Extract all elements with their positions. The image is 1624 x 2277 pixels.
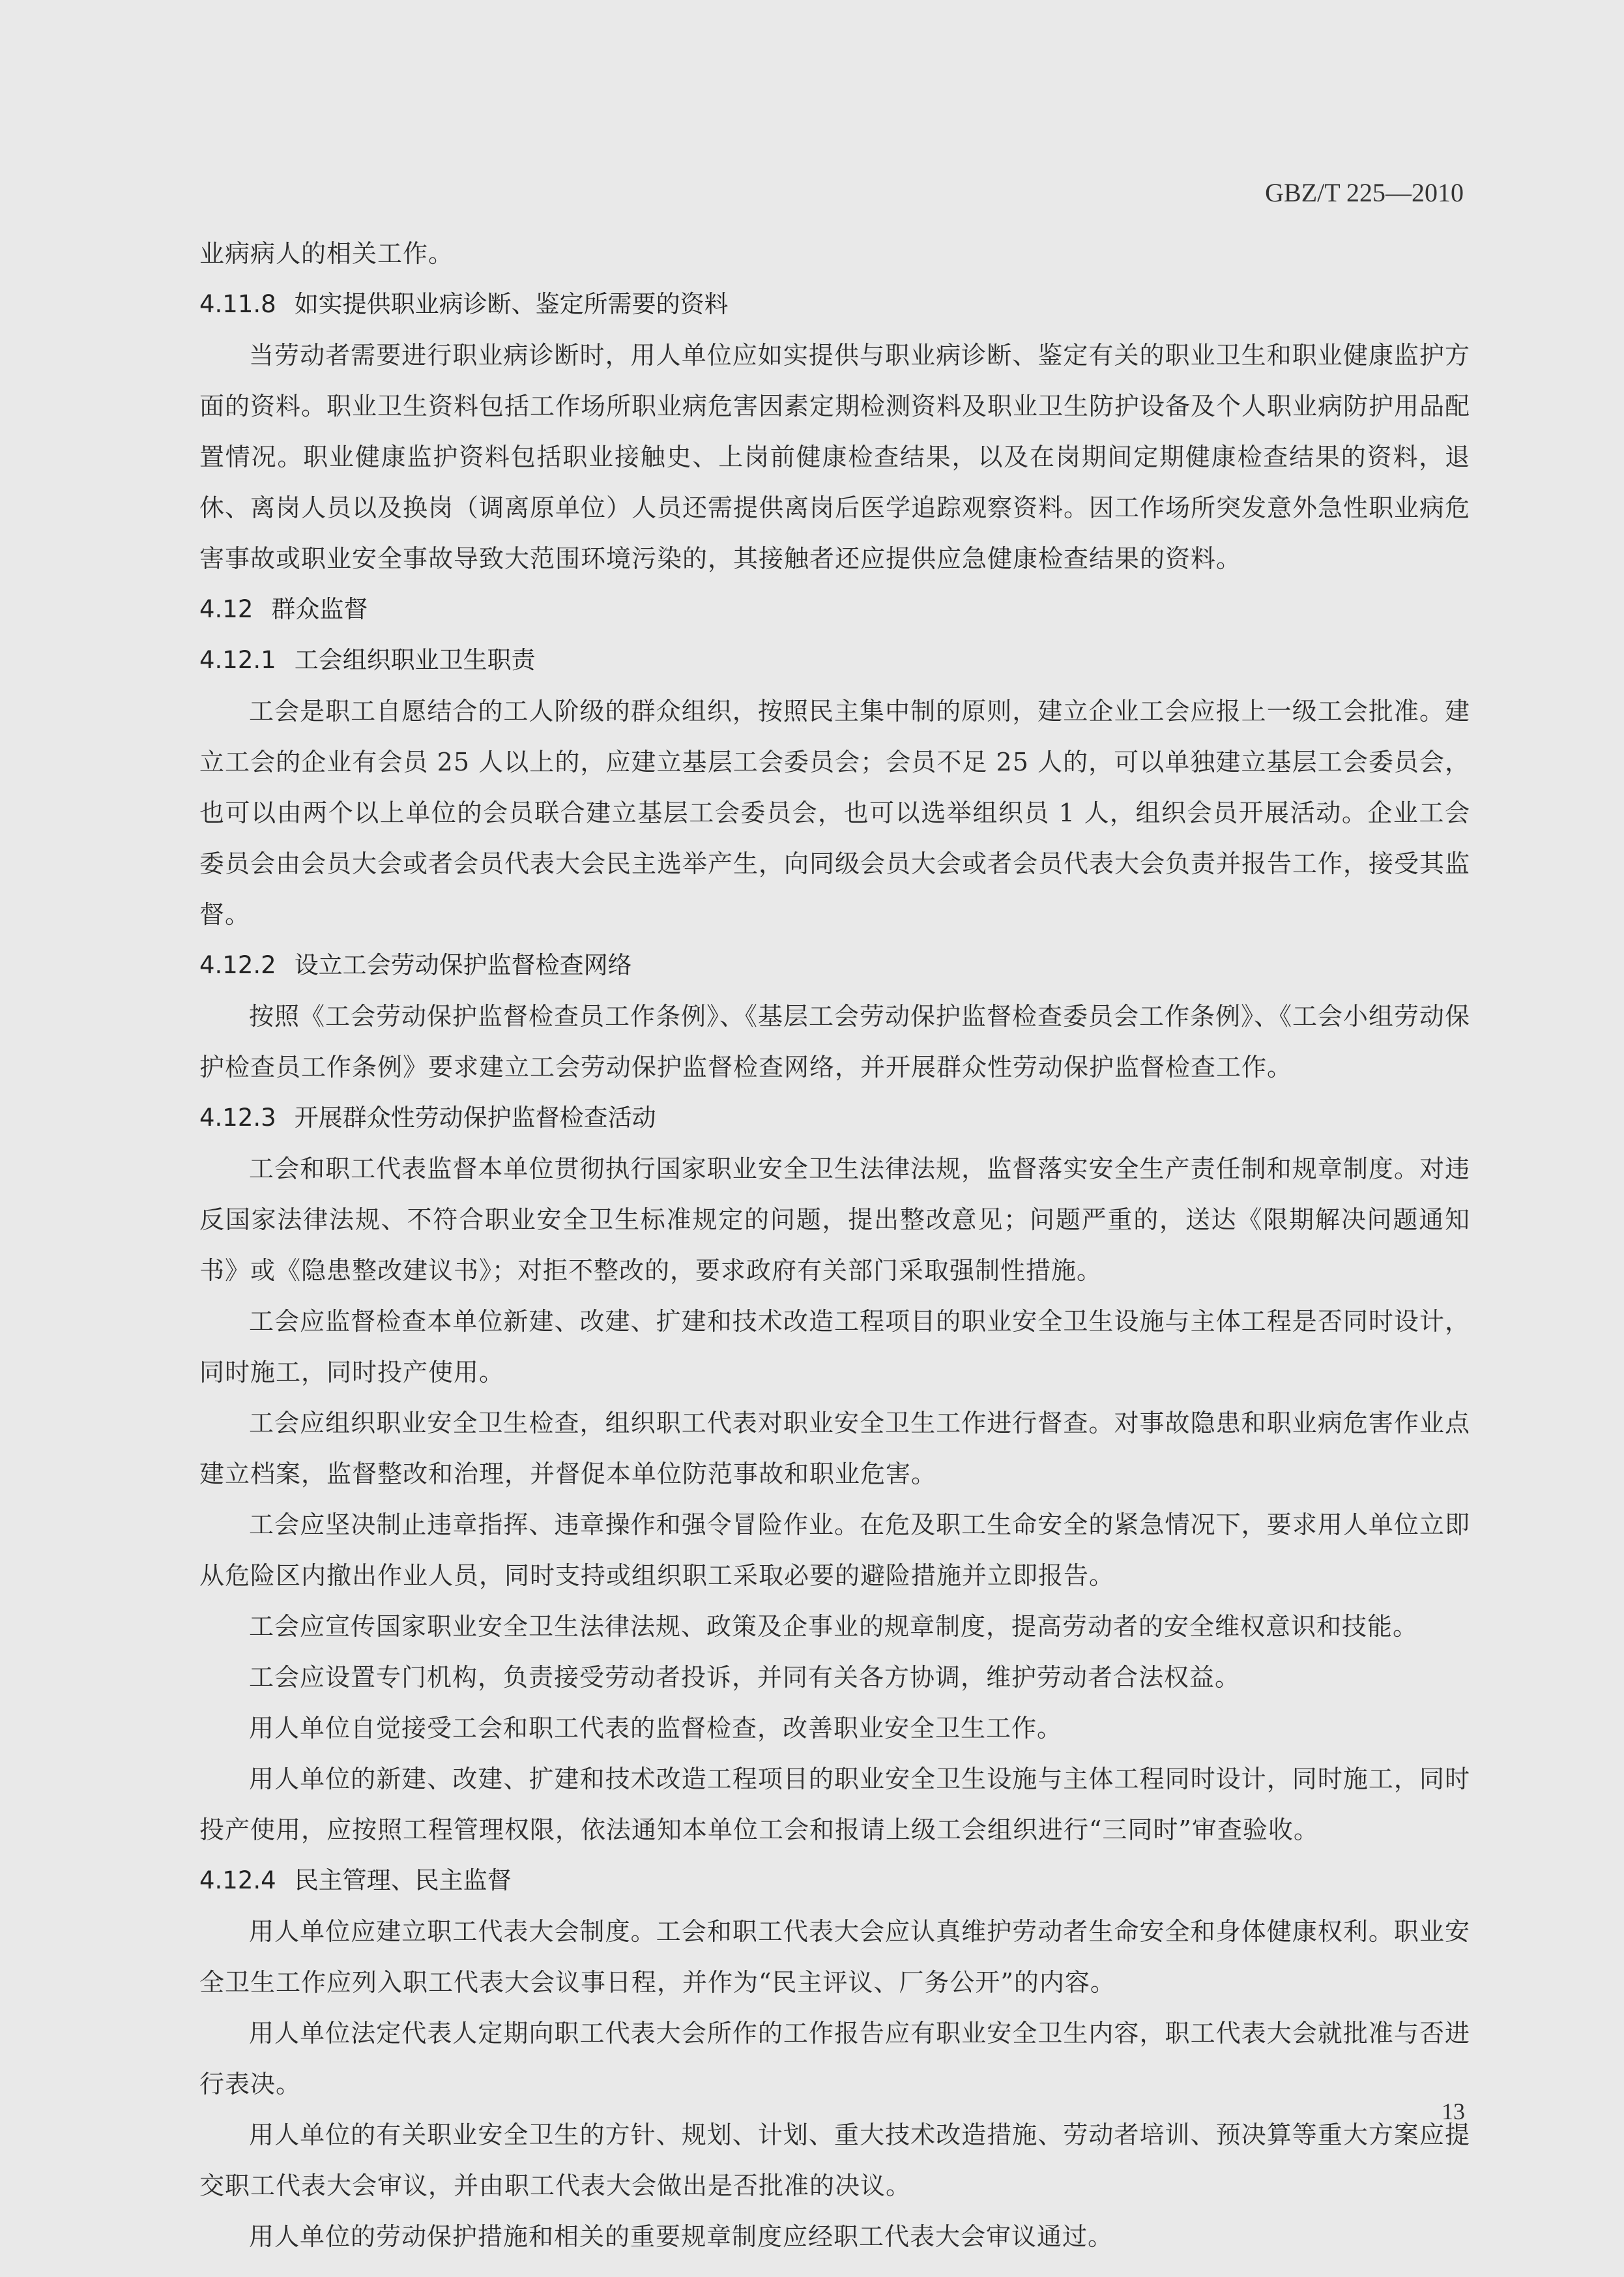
section-heading-4-12-4: 4.12.4民主管理、民主监督	[199, 1855, 1470, 1906]
document-body: 业病病人的相关工作。 4.11.8如实提供职业病诊断、鉴定所需要的资料 当劳动者…	[199, 228, 1470, 2262]
section-heading-4-11-8: 4.11.8如实提供职业病诊断、鉴定所需要的资料	[199, 279, 1470, 330]
section-number: 4.12.3	[199, 1093, 276, 1143]
section-heading-4-12-1: 4.12.1工会组织职业卫生职责	[199, 635, 1470, 686]
section-number: 4.12	[199, 584, 253, 635]
section-heading-4-12-3: 4.12.3开展群众性劳动保护监督检查活动	[199, 1093, 1470, 1143]
section-title: 开展群众性劳动保护监督检查活动	[295, 1104, 656, 1132]
section-title: 设立工会劳动保护监督检查网络	[295, 951, 632, 979]
paragraph: 工会是职工自愿结合的工人阶级的群众组织，按照民主集中制的原则，建立企业工会应报上…	[199, 686, 1470, 940]
standard-code: GBZ/T 225—2010	[1265, 177, 1464, 208]
paragraph: 用人单位的劳动保护措施和相关的重要规章制度应经职工代表大会审议通过。	[199, 2211, 1470, 2262]
paragraph: 工会应宣传国家职业安全卫生法律法规、政策及企事业的规章制度，提高劳动者的安全维权…	[199, 1601, 1470, 1652]
section-title: 群众监督	[271, 595, 368, 623]
paragraph: 用人单位法定代表人定期向职工代表大会所作的工作报告应有职业安全卫生内容，职工代表…	[199, 2008, 1470, 2109]
section-title: 如实提供职业病诊断、鉴定所需要的资料	[295, 290, 729, 318]
section-number: 4.12.1	[199, 635, 276, 686]
paragraph: 按照《工会劳动保护监督检查员工作条例》、《基层工会劳动保护监督检查委员会工作条例…	[199, 991, 1470, 1093]
paragraph: 工会应设置专门机构，负责接受劳动者投诉，并同有关各方协调，维护劳动者合法权益。	[199, 1652, 1470, 1703]
paragraph: 用人单位自觉接受工会和职工代表的监督检查，改善职业安全卫生工作。	[199, 1703, 1470, 1754]
section-number: 4.12.2	[199, 940, 276, 991]
paragraph: 工会应坚决制止违章指挥、违章操作和强令冒险作业。在危及职工生命安全的紧急情况下，…	[199, 1499, 1470, 1601]
section-heading-4-12: 4.12群众监督	[199, 584, 1470, 635]
paragraph: 用人单位的新建、改建、扩建和技术改造工程项目的职业安全卫生设施与主体工程同时设计…	[199, 1754, 1470, 1855]
paragraph: 工会应监督检查本单位新建、改建、扩建和技术改造工程项目的职业安全卫生设施与主体工…	[199, 1296, 1470, 1398]
page-number: 13	[1442, 2098, 1465, 2125]
paragraph: 工会应组织职业安全卫生检查，组织职工代表对职业安全卫生工作进行督查。对事故隐患和…	[199, 1398, 1470, 1499]
section-heading-4-12-2: 4.12.2设立工会劳动保护监督检查网络	[199, 940, 1470, 991]
section-title: 民主管理、民主监督	[295, 1866, 512, 1894]
paragraph: 用人单位的有关职业安全卫生的方针、规划、计划、重大技术改造措施、劳动者培训、预决…	[199, 2109, 1470, 2211]
paragraph: 业病病人的相关工作。	[199, 228, 1470, 279]
section-number: 4.12.4	[199, 1855, 276, 1906]
paragraph: 工会和职工代表监督本单位贯彻执行国家职业安全卫生法律法规，监督落实安全生产责任制…	[199, 1143, 1470, 1296]
paragraph: 当劳动者需要进行职业病诊断时，用人单位应如实提供与职业病诊断、鉴定有关的职业卫生…	[199, 330, 1470, 584]
section-number: 4.11.8	[199, 279, 276, 330]
paragraph: 用人单位应建立职工代表大会制度。工会和职工代表大会应认真维护劳动者生命安全和身体…	[199, 1906, 1470, 2008]
section-title: 工会组织职业卫生职责	[295, 646, 536, 674]
